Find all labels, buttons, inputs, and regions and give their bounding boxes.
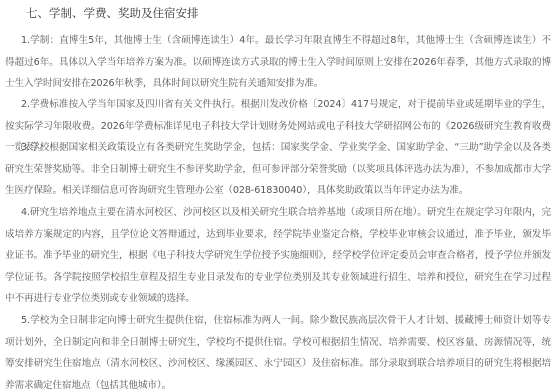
paragraph-scholarships: 3.学校根据国家相关政策设立有各类研究生奖助学金，包括：国家奖学金、学业奖学金、… xyxy=(5,137,551,202)
paragraph-duration: 1.学制：直博生5年，其他博士生（含硕博连读生）4年。最长学习年限直博生不得超过… xyxy=(5,30,551,95)
section-heading: 七、学制、学费、奖助及住宿安排 xyxy=(26,6,199,20)
paragraph-accommodation: 5.学校为全日制非定向博士研究生提供住宿，住宿标准为两人一间。除少数民族高层次骨… xyxy=(5,310,551,392)
paragraph-training-location: 4.研究生培养地点主要在清水河校区、沙河校区以及相关研究生联合培养基地（或项目所… xyxy=(5,202,551,310)
document: 七、学制、学费、奖助及住宿安排 1.学制：直博生5年，其他博士生（含硕博连读生）… xyxy=(0,0,554,392)
